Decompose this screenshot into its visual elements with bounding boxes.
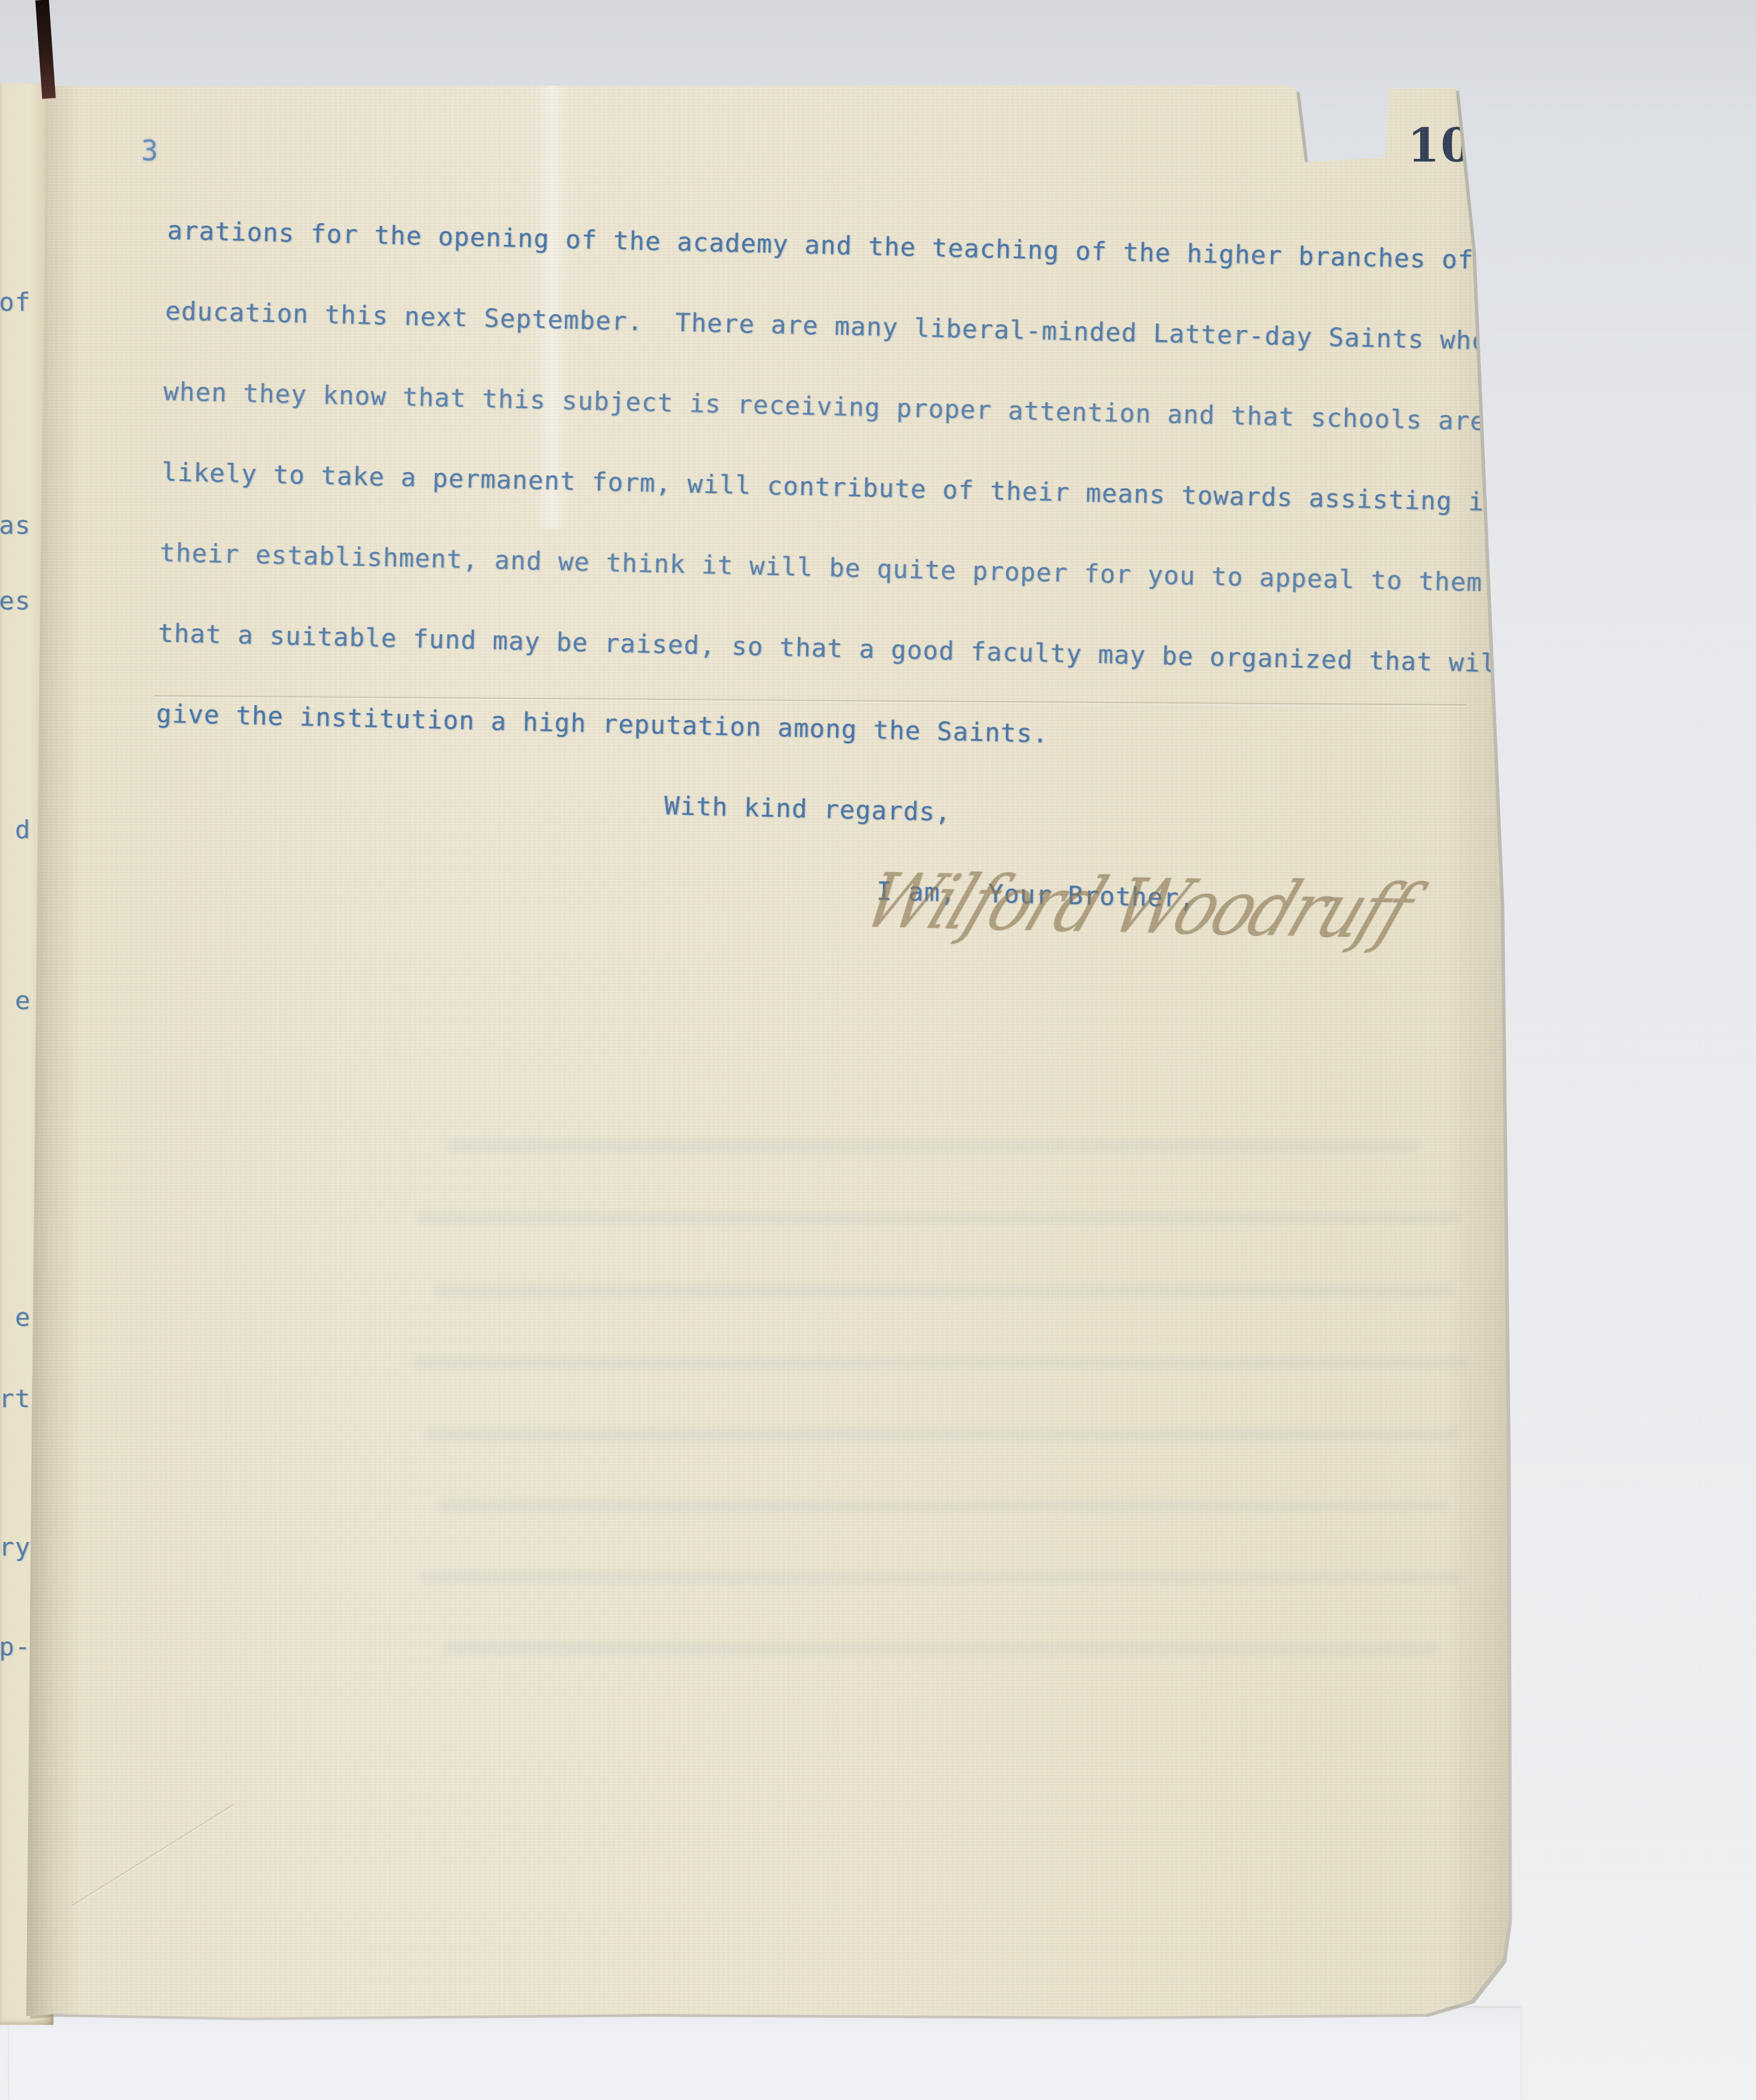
typed-line: when they know that this subject is rece… xyxy=(163,378,1486,435)
bleed-through-smudge xyxy=(444,1643,1439,1655)
signature-handwriting: Wilford Woodruff xyxy=(852,857,1559,959)
left-edge-text-fragment: es xyxy=(0,586,31,616)
scanned-letter-screenshot: { "colors": { "ink_blue": "#4672a5", "pa… xyxy=(0,0,1756,2100)
letter-body: arations for the opening of the academy … xyxy=(147,217,1530,1153)
page-stamp: 3 xyxy=(141,134,158,167)
underlying-white-sheet xyxy=(9,2008,1521,2100)
diagonal-crease xyxy=(72,1804,234,1906)
bleed-through-smudge xyxy=(412,1357,1471,1369)
left-edge-text-fragment: p- xyxy=(0,1632,31,1661)
bleed-through-smudge xyxy=(425,1428,1457,1441)
typed-line: likely to take a permanent form, will co… xyxy=(162,459,1501,516)
left-edge-text-fragment: of xyxy=(0,287,31,317)
typed-line: that a suitable fund may be raised, so t… xyxy=(157,620,1513,678)
typed-line: arations for the opening of the academy … xyxy=(167,217,1474,274)
bleed-through-smudge xyxy=(416,1212,1457,1224)
typed-line: education this next September. There are… xyxy=(165,298,1504,355)
bleed-through-smudge xyxy=(434,1284,1453,1297)
typed-line: give the institution a high reputation a… xyxy=(156,701,1049,748)
left-edge-text-fragment: rt xyxy=(0,1384,31,1413)
typed-line: their establishment, and we think it wil… xyxy=(159,539,1498,597)
bleed-through-smudge xyxy=(421,1571,1462,1583)
page-number: 10 xyxy=(1402,119,1479,173)
bleed-through-smudge xyxy=(439,1500,1448,1512)
left-edge-text-fragment: e xyxy=(15,1303,31,1332)
left-edge-text-fragment: d xyxy=(15,815,31,845)
left-edge-text-fragment: e xyxy=(15,986,31,1015)
closing-line: With kind regards, xyxy=(664,792,951,826)
left-edge-text-fragment: ery xyxy=(0,1532,31,1562)
left-edge-text-fragment: as xyxy=(0,511,31,540)
letter-page: 3 10 arations for the opening of the aca… xyxy=(18,85,1512,2019)
